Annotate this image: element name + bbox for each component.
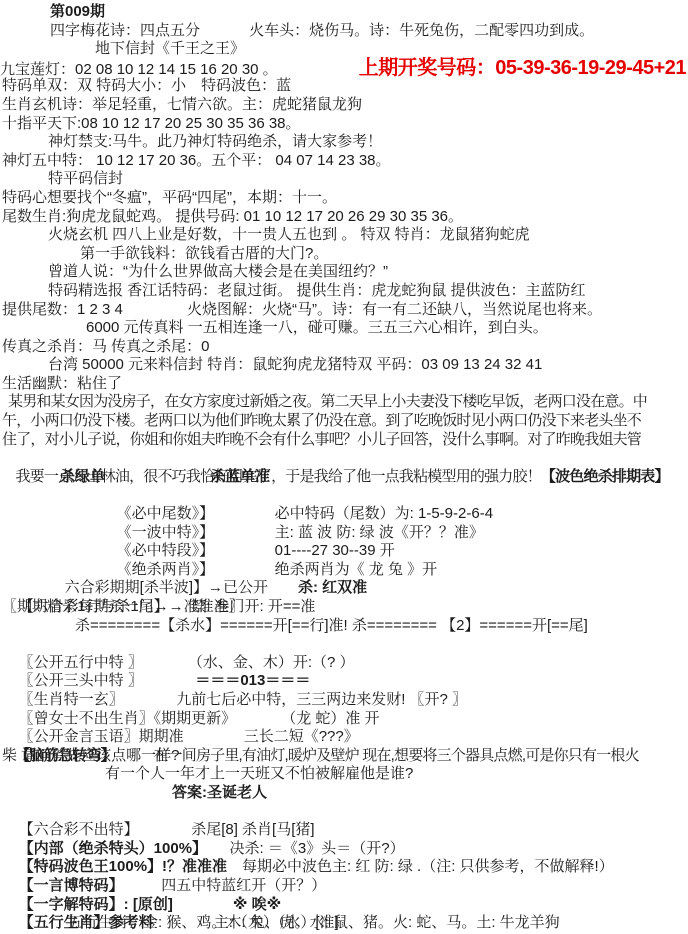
wave-color-king-label: 【特码波色王100%】!？准准准 bbox=[19, 858, 227, 875]
special-segment-value: 01----27 30--39 开 bbox=[275, 542, 395, 559]
special-flat-envelope: 特平码信封 bbox=[0, 170, 688, 189]
wave-color-king-value: 每期必中波色主: 红 防: 绿 .（注: 只供参考，不做解释!） bbox=[227, 858, 614, 875]
brain-teaser-text: 在一间房子里,有油灯,暖炉及壁炉 现在,想要将三个器具点燃,可是你只有一根火 bbox=[107, 747, 638, 764]
five-element-detail: 五行生肖：金: 猴、鸡。木: 兔、虎。水: 鼠、猪。火: 蛇、马。土: 牛龙羊狗 bbox=[0, 914, 688, 933]
not-out-special-label: 【六合彩不出特】 bbox=[19, 821, 132, 838]
wave-kill-schedule-label: 【波色绝杀排期表】 bbox=[541, 468, 669, 485]
last-draw-numbers: 上期开奖号码：05-39-36-19-29-45+21 bbox=[359, 59, 686, 78]
one-word-special-value: 四五中特蓝红开（开？） bbox=[116, 877, 326, 894]
taiwan-material: 台湾 50000 元来料信封 特肖：鼠蛇狗虎龙猪特双 平码：03 09 13 2… bbox=[0, 356, 688, 375]
internal-kill-head-label: 【内部（绝杀特头）100%】 bbox=[19, 840, 200, 857]
zodiac-special-mystery-label: 〖生肖特一玄〗 bbox=[19, 691, 117, 708]
five-elements-open-value: （水、金、木）开:（? ） bbox=[135, 654, 354, 671]
kill-half-wave-label: 六合彩期期[杀半波]】→已公开 bbox=[65, 579, 268, 596]
header-row: 九宝莲灯：02 08 10 12 14 15 16 20 30 。 上期开奖号码… bbox=[0, 59, 688, 78]
must-hit-tails-row: 《必中尾数》】必中特码（尾数）为: 1-5-9-2-6-4 bbox=[0, 486, 688, 505]
fax-kill-zodiac: 传真之杀肖：马 传真之杀尾：0 bbox=[0, 338, 688, 357]
first-money-clue: 第一手欲钱料：欲钱看古厝的大门?。 bbox=[0, 245, 688, 264]
internal-kill-head-value: 决杀: ＝《3》头＝（开?） bbox=[200, 840, 405, 857]
plum-blossom-poem: 四字梅花诗：四点五分 火车头：烧伤马。诗：牛死兔伤，二配零四功到成。 bbox=[0, 22, 688, 41]
golden-words-label: 〖公开金言玉语〗期期准 bbox=[19, 728, 184, 745]
issue-number: 第009期 bbox=[0, 3, 688, 22]
special-odd-even: 特码单双：双 特码大小：小 特码波色：蓝 bbox=[0, 77, 688, 96]
underground-envelope: 地下信封《千王之王》 bbox=[0, 40, 688, 59]
not-out-special-row: 【六合彩不出特】 杀尾[8] 杀肖[马[猪] bbox=[0, 803, 688, 822]
kill-two-zodiac-label: 《绝杀两肖》】 bbox=[117, 561, 275, 580]
golden-words-value: 三长二短《???》 bbox=[184, 728, 359, 745]
kill-water-row: 杀========【杀水】======开[==行]准! 杀======== 【2… bbox=[0, 617, 688, 636]
one-word-special-label: 【一言博特码】 bbox=[19, 877, 117, 894]
not-out-special-value: 杀尾[8] 杀肖[马[猪] bbox=[131, 821, 314, 838]
ms-zeng-zodiac-value: （龙 蛇）准 开 bbox=[229, 710, 380, 727]
kill-half-wave-value: 杀: 红双准 bbox=[268, 579, 367, 596]
fire-mystery: 火烧玄机 四八上业是好数，十一贵人五也到 。 特双 特肖：龙鼠猪狗蛇虎 bbox=[0, 226, 688, 245]
must-hit-tails-label: 《必中尾数》】 bbox=[117, 505, 275, 524]
humor-paragraph-2: 午，小两口仍没下楼。老两口以为他们昨晚太累了仍没在意。到了吃晚饭时见小两口仍没下… bbox=[0, 412, 688, 431]
precise-kill-header: 〖期期精杀1行与杀1尾→→准准准〗 bbox=[0, 598, 688, 617]
zodiac-mystery-poem: 生肖玄机诗：举足轻重，七情六欲。主：虎蛇猪鼠龙狗 bbox=[0, 96, 688, 115]
must-hit-tails-value: 必中特码（尾数）为: 1-5-9-2-6-4 bbox=[275, 505, 493, 522]
one-wave-special-label: 《一波中特》】 bbox=[117, 524, 275, 543]
humor-paragraph-3: 住了，对小儿子说，你姐和你姐夫昨晚不会有什么事吧？小儿子回答，没什么事啊。对了昨… bbox=[0, 431, 688, 450]
one-char-special-label: 【一字解特码】: [原创] bbox=[19, 896, 173, 913]
special-code-hint: 特码心想要找个“冬瘟”，平码“四尾”，本期：十一。 bbox=[0, 189, 688, 208]
kill-two-zodiac-value: 绝杀两肖为《 龙 兔 》开 bbox=[275, 561, 438, 578]
zodiac-special-mystery-value: 九前七后必中特，三三两边来发财! 〖开? 〗 bbox=[116, 691, 467, 708]
provided-tails-fire-diagram: 提供尾数：1 2 3 4 火烧图解：火烧“马”。诗：有一有二还缺八，当然说尾也将… bbox=[0, 301, 688, 320]
five-elements-open-label: 〖公开五行中特 〗 bbox=[19, 654, 136, 671]
special-selection-report: 特码精选报 香江话特码：老鼠过街。 提供生肖：虎龙蛇狗鼠 提供波色：主蓝防红 bbox=[0, 282, 688, 301]
magic-lamp-five-special: 神灯五中特： 10 12 17 20 36。五个平： 04 07 14 23 3… bbox=[0, 152, 688, 171]
five-elements-open-row: 〖公开五行中特 〗 （水、金、木）开:（? ） bbox=[0, 635, 688, 654]
one-char-special-value: ※ 唉※ bbox=[173, 896, 281, 913]
ten-fingers-numbers: 十指平天下:08 10 12 17 20 25 30 35 36 38。 bbox=[0, 115, 688, 134]
zengdaoren-quote: 曾道人说：“为什么世界做高大楼会是在美国纽约？” bbox=[0, 263, 688, 282]
special-segment-label: 《必中特段》】 bbox=[117, 542, 275, 561]
riddle-answer: 答案:圣诞老人 bbox=[0, 784, 688, 803]
three-heads-open-value: ＝＝＝013＝＝＝ bbox=[135, 672, 310, 689]
life-humor-title: 生活幽默：粘住了 bbox=[0, 375, 688, 394]
humor-paragraph-1: 某男和某女因为没房子，在女方家度过新婚之夜。第二天早上小夫妻没下楼吃早饭，老两口… bbox=[0, 393, 688, 412]
magic-lamp-ban: 神灯禁支:马牛。此乃神灯特码绝杀，请大家参考！ bbox=[0, 133, 688, 152]
three-heads-open-label: 〖公开三头中特 〗 bbox=[19, 672, 136, 689]
one-wave-special-value: 主: 蓝 波 防: 绿 波《开？？准》 bbox=[275, 524, 484, 541]
fax-material: 6000 元传真料 一五相连逢一八，碰可赚。三五三六心相许，到白头。 bbox=[0, 319, 688, 338]
ms-zeng-zodiac-label: 〖曾女士不出生肖〗《期期更新》 bbox=[19, 710, 229, 727]
tail-zodiac-numbers: 尾数生肖:狗虎龙鼠蛇鸡。 提供号码: 01 10 12 17 20 26 29 … bbox=[0, 208, 688, 227]
lottery-tip-sheet: 第009期 四字梅花诗：四点五分 火车头：烧伤马。诗：牛死兔伤，二配零四功到成。… bbox=[0, 0, 688, 933]
riddle-question: 有一个人一年才上一天班又不怕被解雇他是谁? bbox=[0, 765, 688, 784]
humor-paragraph-4: 我要一点凡士林油，很不巧我恰好用完了，于是我给了他一点我粘模型用的强力胶！【波色… bbox=[0, 449, 688, 468]
